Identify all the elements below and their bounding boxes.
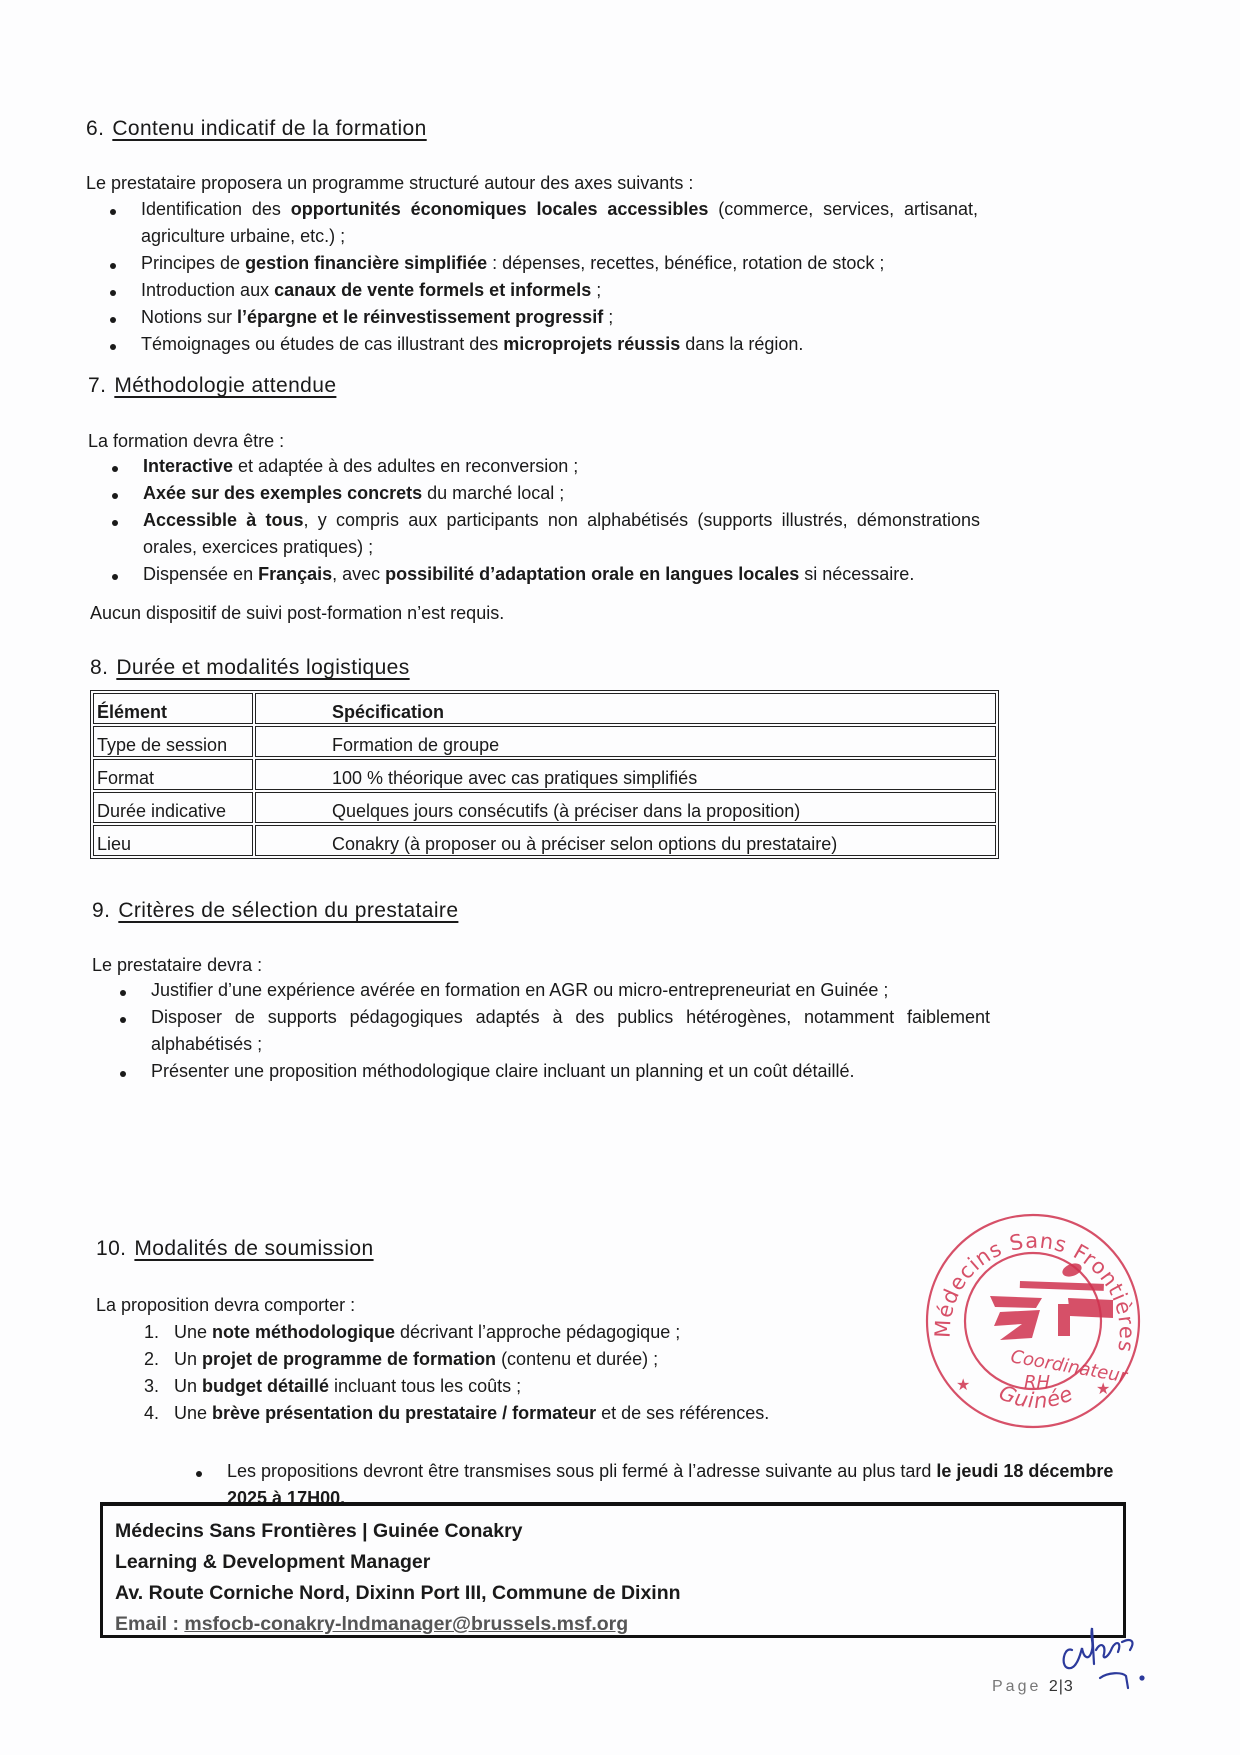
svg-text:★: ★ [956, 1377, 970, 1394]
section-6-list: Identification des opportunités économiq… [86, 196, 978, 358]
list-item: Interactive et adaptée à des adultes en … [88, 453, 980, 480]
section-7-note: Aucun dispositif de suivi post-formation… [90, 600, 504, 627]
table-cell: Format [93, 759, 253, 790]
table-cell: Formation de groupe [255, 726, 996, 757]
document-page: 6.Contenu indicatif de la formation Le p… [0, 0, 1240, 1755]
section-7-heading: 7.Méthodologie attendue [88, 374, 336, 398]
table-row: Lieu Conakry (à proposer ou à préciser s… [93, 825, 996, 856]
list-item: Introduction aux canaux de vente formels… [86, 277, 978, 304]
logistics-table: Élément Spécification Type de session Fo… [90, 690, 999, 859]
contact-email-line: Email : msfocb-conakry-lndmanager@brusse… [115, 1609, 1111, 1640]
list-item: 1.Une note méthodologique décrivant l’ap… [96, 1319, 896, 1346]
table-row: Format 100 % théorique avec cas pratique… [93, 759, 996, 790]
list-item: Disposer de supports pédagogiques adapté… [96, 1004, 990, 1058]
list-item: Justifier d’une expérience avérée en for… [96, 977, 990, 1004]
table-header-cell: Spécification [255, 693, 996, 724]
table-cell: Quelques jours consécutifs (à préciser d… [255, 792, 996, 823]
section-8-heading: 8.Durée et modalités logistiques [90, 656, 410, 680]
list-item: 3.Un budget détaillé incluant tous les c… [96, 1373, 896, 1400]
section-9-heading: 9.Critères de sélection du prestataire [92, 899, 458, 923]
table-cell: Conakry (à proposer ou à préciser selon … [255, 825, 996, 856]
list-item: Identification des opportunités économiq… [86, 196, 978, 250]
table-header-cell: Élément [93, 693, 253, 724]
table-header-row: Élément Spécification [93, 693, 996, 724]
section-10-intro: La proposition devra comporter : [96, 1292, 355, 1319]
section-7-intro: La formation devra être : [88, 428, 284, 455]
contact-address-box: Médecins Sans Frontières | Guinée Conakr… [100, 1502, 1126, 1638]
section-10-list: 1.Une note méthodologique décrivant l’ap… [96, 1319, 896, 1427]
section-7-list: Interactive et adaptée à des adultes en … [88, 453, 980, 588]
list-item: Dispensée en Français, avec possibilité … [88, 561, 980, 588]
table-cell: Durée indicative [93, 792, 253, 823]
list-item: Accessible à tous, y compris aux partici… [88, 507, 980, 561]
table-cell: Type de session [93, 726, 253, 757]
list-item: Témoignages ou études de cas illustrant … [86, 331, 978, 358]
list-item: 4.Une brève présentation du prestataire … [96, 1400, 896, 1427]
section-6-heading: 6.Contenu indicatif de la formation [86, 117, 427, 141]
table-cell: Lieu [93, 825, 253, 856]
list-item: Axée sur des exemples concrets du marché… [88, 480, 980, 507]
section-6-intro: Le prestataire proposera un programme st… [86, 170, 693, 197]
table-row: Type de session Formation de groupe [93, 726, 996, 757]
section-9-intro: Le prestataire devra : [92, 952, 262, 979]
section-9-list: Justifier d’une expérience avérée en for… [96, 977, 990, 1085]
contact-address: Av. Route Corniche Nord, Dixinn Port III… [115, 1578, 1111, 1609]
contact-role: Learning & Development Manager [115, 1547, 1111, 1578]
table-cell: 100 % théorique avec cas pratiques simpl… [255, 759, 996, 790]
contact-org: Médecins Sans Frontières | Guinée Conakr… [115, 1516, 1111, 1547]
list-item: Principes de gestion financière simplifi… [86, 250, 978, 277]
list-item: Notions sur l’épargne et le réinvestisse… [86, 304, 978, 331]
section-10-heading: 10.Modalités de soumission [96, 1237, 374, 1261]
stamp-inner-line2: RH [1024, 1372, 1051, 1393]
list-item: 2.Un projet de programme de formation (c… [96, 1346, 896, 1373]
contact-email-link[interactable]: msfocb-conakry-lndmanager@brussels.msf.o… [184, 1613, 628, 1635]
table-row: Durée indicative Quelques jours consécut… [93, 792, 996, 823]
page-number: Page 2|3 [992, 1678, 1074, 1696]
list-item: Présenter une proposition méthodologique… [96, 1058, 990, 1085]
msf-stamp-icon: Médecins Sans Frontières Belgique Guinée… [920, 1208, 1146, 1434]
